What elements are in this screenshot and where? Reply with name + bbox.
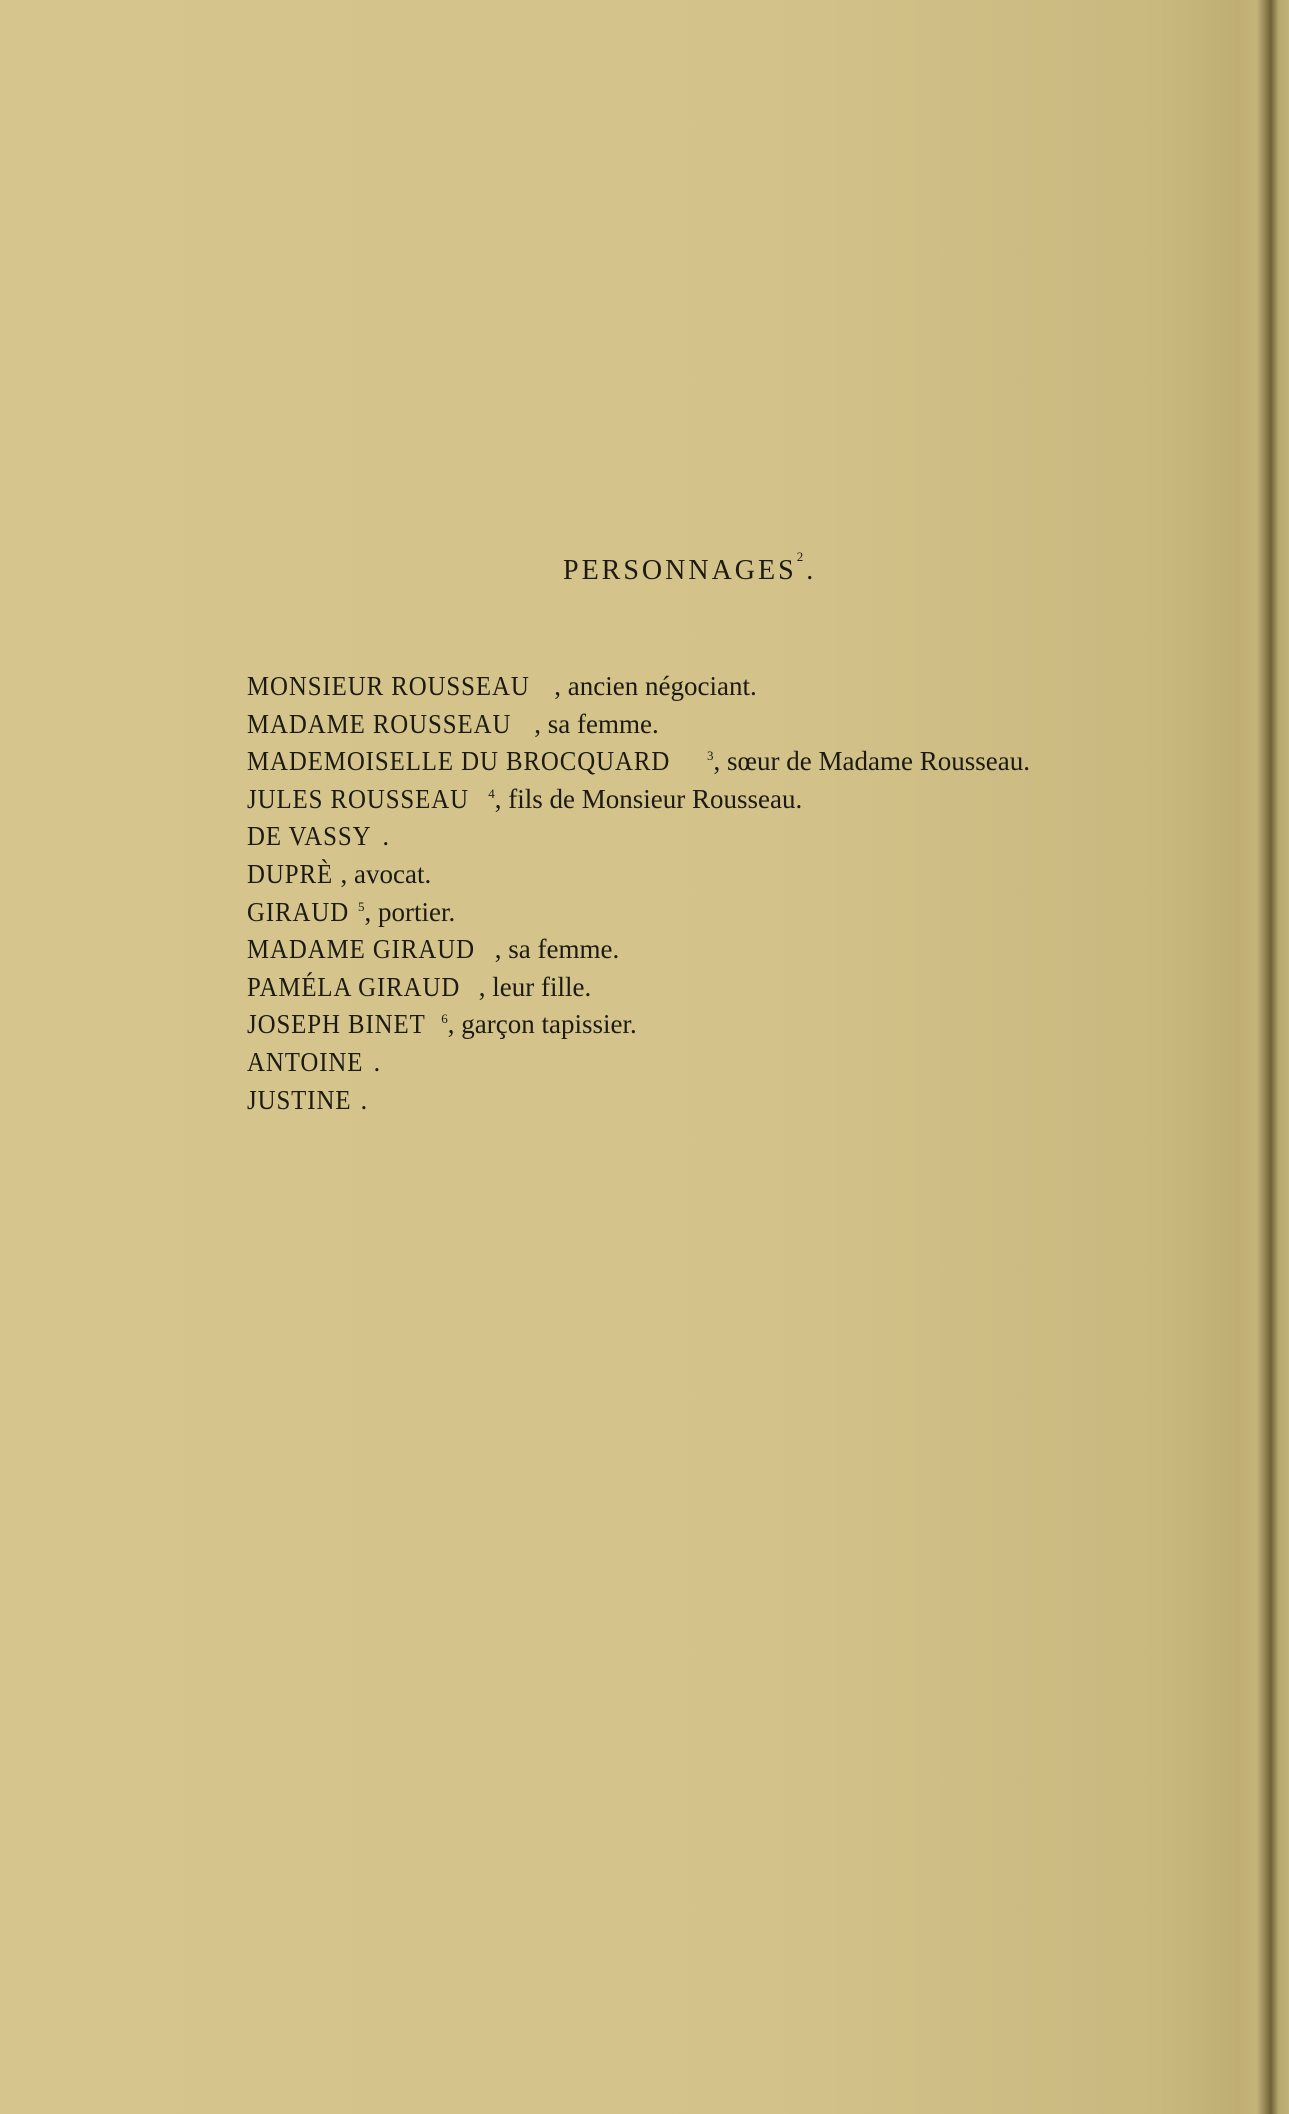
character-description: , garçon tapissier. xyxy=(448,1009,637,1039)
character-entry: JUSTINE. xyxy=(247,1082,1030,1120)
character-entry: GIRAUD5, portier. xyxy=(247,894,1030,932)
title-text: PERSONNAGES xyxy=(563,555,797,586)
character-entry: PAMÉLA GIRAUD, leur fille. xyxy=(247,969,1030,1007)
character-entry: MADAME ROUSSEAU, sa femme. xyxy=(247,706,1030,744)
character-entry: MADEMOISELLE DU BROCQUARD3, sœur de Mada… xyxy=(247,743,1030,781)
character-name: JULES ROUSSEAU xyxy=(247,781,469,819)
title-period: . xyxy=(806,555,816,586)
footnote-marker: 4 xyxy=(488,786,495,801)
character-description: , portier. xyxy=(365,897,456,927)
character-name: DUPRÈ xyxy=(247,856,333,894)
character-entry: ANTOINE. xyxy=(247,1044,1030,1082)
character-description: . xyxy=(361,1085,368,1115)
character-name: PAMÉLA GIRAUD xyxy=(247,969,460,1007)
character-description: , sa femme. xyxy=(495,934,619,964)
character-name: MADEMOISELLE DU BROCQUARD xyxy=(247,743,670,781)
character-name: MADAME ROUSSEAU xyxy=(247,706,511,744)
character-name: ANTOINE xyxy=(247,1044,363,1082)
character-name: MADAME GIRAUD xyxy=(247,931,475,969)
character-entry: MONSIEUR ROUSSEAU, ancien négociant. xyxy=(247,668,1030,706)
footnote-marker: 2 xyxy=(797,549,807,564)
character-entry: DE VASSY. xyxy=(247,818,1030,856)
page-title: PERSONNAGES2. xyxy=(563,555,816,587)
character-description: , leur fille. xyxy=(479,972,591,1002)
character-entry: JOSEPH BINET6, garçon tapissier. xyxy=(247,1006,1030,1044)
character-description: , sa femme. xyxy=(534,709,658,739)
footnote-marker: 3 xyxy=(707,748,714,763)
character-entry: JULES ROUSSEAU4, fils de Monsieur Rousse… xyxy=(247,781,1030,819)
character-name: GIRAUD xyxy=(247,894,349,932)
character-description: , avocat. xyxy=(341,859,432,889)
footnote-marker: 5 xyxy=(358,899,365,914)
character-name: DE VASSY xyxy=(247,818,371,856)
character-entry: DUPRÈ, avocat. xyxy=(247,856,1030,894)
footnote-marker: 6 xyxy=(441,1011,448,1026)
character-name: JOSEPH BINET xyxy=(247,1006,426,1044)
character-entry: MADAME GIRAUD, sa femme. xyxy=(247,931,1030,969)
character-description: , sœur de Madame Rousseau. xyxy=(714,746,1030,776)
character-description: , ancien négociant. xyxy=(554,671,756,701)
character-name: JUSTINE xyxy=(247,1082,351,1120)
character-name: MONSIEUR ROUSSEAU xyxy=(247,668,530,706)
character-description: . xyxy=(373,1047,380,1077)
character-description: , fils de Monsieur Rousseau. xyxy=(495,784,802,814)
character-description: . xyxy=(382,821,389,851)
character-list: MONSIEUR ROUSSEAU, ancien négociant. MAD… xyxy=(247,668,1030,1119)
